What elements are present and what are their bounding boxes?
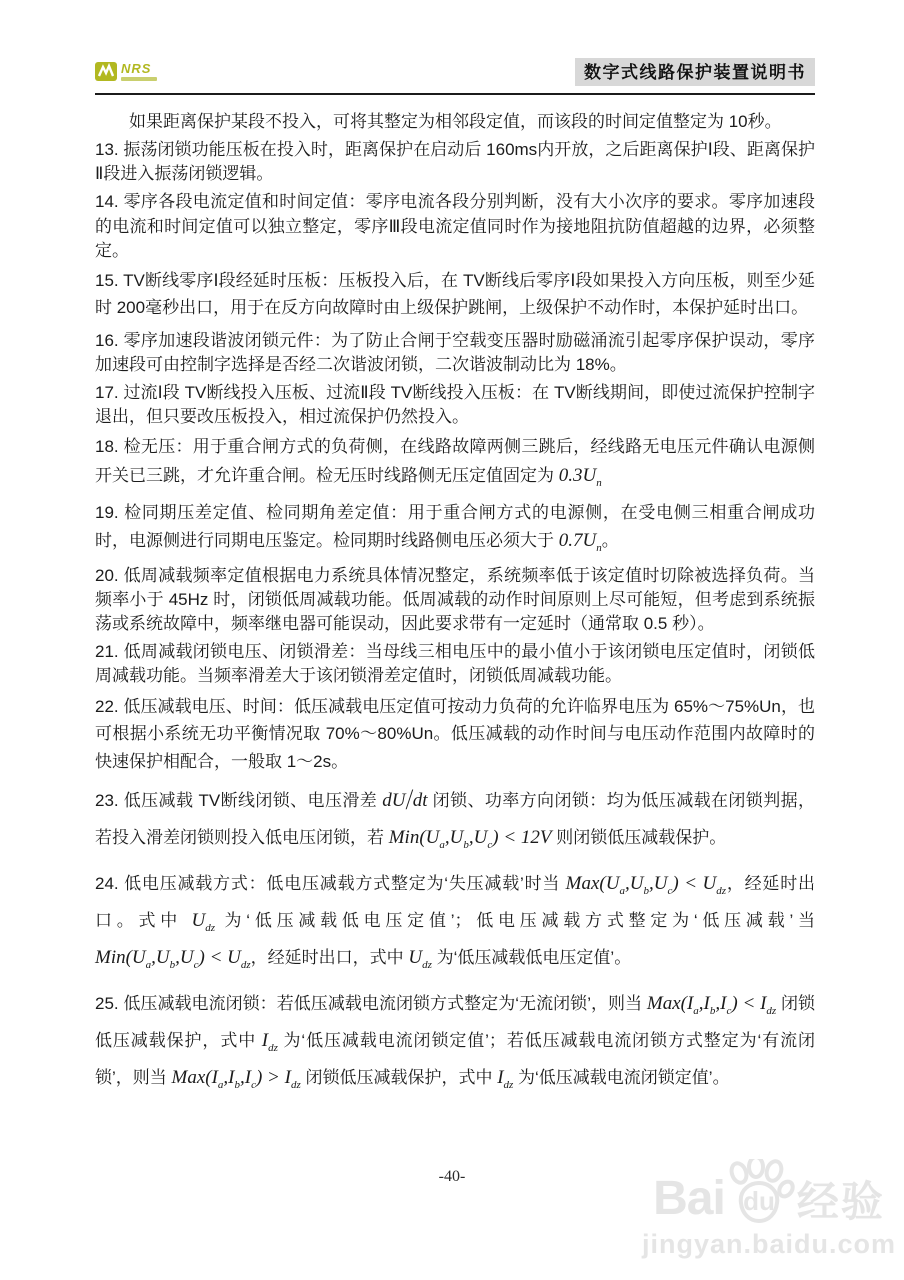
paragraph-text: 。 (602, 531, 619, 550)
inline-formula: 0.3Un (559, 465, 602, 486)
inline-formula: Idz (262, 1030, 278, 1051)
document-page: NRS 数字式线路保护装置说明书 如果距离保护某段不投入，可将其整定为相邻段定值… (0, 0, 904, 1280)
paragraph: 22. 低压减载电压、时间：低压减载电压定值可按动力负荷的允许临界电压为 65%… (95, 693, 815, 776)
inline-formula: Max(Ia,Ib,Ic) > Idz (172, 1067, 301, 1088)
inline-formula: 0.7Un (559, 530, 602, 551)
paragraph: 18. 检无压：用于重合闸方式的负荷侧，在线路故障两侧三跳后，经线路无电压元件确… (95, 433, 815, 491)
watermark-suffix: 经验 (797, 1181, 885, 1223)
paragraph-text: 为‘低压减载低电压定值’。 (432, 948, 631, 967)
document-body: 如果距离保护某段不投入，可将其整定为相邻段定值，而该段的时间定值整定为 10秒。… (95, 110, 815, 1106)
paragraph: 19. 检同期压差定值、检同期角差定值：用于重合闸方式的电源侧，在受电侧三相重合… (95, 499, 815, 557)
paragraph-text: 13. 振荡闭锁功能压板在投入时，距离保护在启动后 160ms内开放，之后距离保… (95, 140, 815, 183)
paragraph-text: 21. 低周减载闭锁电压、闭锁滑差：当母线三相电压中的最小值小于该闭锁电压定值时… (95, 642, 815, 685)
inline-formula: Min(Ua,Ub,Uc) < Udz (95, 947, 251, 968)
paragraph-text: 为‘低压减载低电压定值’；低电压减载方式整定为‘低压减载’当 (215, 911, 815, 930)
paragraph-text: 15. TV断线零序Ⅰ段经延时压板：压板投入后，在 TV断线后零序Ⅰ段如果投入方… (95, 271, 815, 318)
paragraph: 20. 低周减载频率定值根据电力系统具体情况整定，系统频率低于该定值时切除被选择… (95, 564, 815, 636)
paragraph-text: 17. 过流Ⅰ段 TV断线投入压板、过流Ⅱ段 TV断线投入压板：在 TV断线期间… (95, 383, 815, 426)
paragraph-text: 23. 低压减载 TV断线闭锁、电压滑差 (95, 791, 382, 810)
inline-formula: Min(Ua,Ub,Uc) < 12V (389, 827, 552, 848)
page-header: NRS 数字式线路保护装置说明书 (95, 58, 815, 86)
paragraph-text: 25. 低压减载电流闭锁：若低压减载电流闭锁方式整定为‘无流闭锁’，则当 (95, 994, 647, 1013)
paragraph-text: 16. 零序加速段谐波闭锁元件：为了防止合闸于空载变压器时励磁涌流引起零序保护误… (95, 331, 815, 374)
paragraph-text: 24. 低电压减载方式：低电压减载方式整定为‘失压减载’时当 (95, 874, 566, 893)
paragraph-text: 22. 低压减载电压、时间：低压减载电压定值可按动力负荷的允许临界电压为 65%… (95, 697, 815, 771)
inline-formula: Max(Ia,Ib,Ic) < Idz (647, 993, 776, 1014)
paw-icon: du (721, 1159, 795, 1225)
watermark-brand-left: Bai (653, 1175, 725, 1223)
paragraph-text: 14. 零序各段电流定值和时间定值：零序电流各段分别判断，没有大小次序的要求。零… (95, 192, 815, 259)
paragraph-text: 如果距离保护某段不投入，可将其整定为相邻段定值，而该段的时间定值整定为 10秒。 (129, 112, 782, 131)
paragraph-text: ，经延时出口，式中 (251, 948, 409, 967)
paragraph: 23. 低压减载 TV断线闭锁、电压滑差 dU/dt 闭锁、功率方向闭锁：均为低… (95, 782, 815, 856)
inline-formula: Idz (497, 1067, 513, 1088)
watermark-brand-right-du: du (743, 1186, 775, 1216)
inline-formula: Max(Ua,Ub,Uc) < Udz (566, 873, 726, 894)
header-rule (95, 93, 815, 95)
paragraph: 如果距离保护某段不投入，可将其整定为相邻段定值，而该段的时间定值整定为 10秒。 (95, 110, 815, 134)
paragraph: 15. TV断线零序Ⅰ段经延时压板：压板投入后，在 TV断线后零序Ⅰ段如果投入方… (95, 267, 815, 322)
baidu-watermark: Bai du 经验 jingyan.baidu.com (642, 1159, 896, 1260)
paragraph: 24. 低电压减载方式：低电压减载方式整定为‘失压减载’时当 Max(Ua,Ub… (95, 865, 815, 976)
paragraph-text: 19. 检同期压差定值、检同期角差定值：用于重合闸方式的电源侧，在受电侧三相重合… (95, 503, 815, 551)
paragraph-list: 如果距离保护某段不投入，可将其整定为相邻段定值，而该段的时间定值整定为 10秒。… (95, 110, 815, 1097)
brand-logo-text: NRS (121, 62, 157, 75)
brand-logo-icon (95, 62, 117, 81)
paragraph: 13. 振荡闭锁功能压板在投入时，距离保护在启动后 160ms内开放，之后距离保… (95, 138, 815, 186)
paragraph-text: 18. 检无压：用于重合闸方式的负荷侧，在线路故障两侧三跳后，经线路无电压元件确… (95, 437, 815, 485)
inline-formula: Udz (408, 947, 432, 968)
paragraph: 14. 零序各段电流定值和时间定值：零序电流各段分别判断，没有大小次序的要求。零… (95, 190, 815, 262)
brand-logo-subtext-bar (121, 77, 157, 81)
paragraph-text: 20. 低周减载频率定值根据电力系统具体情况整定，系统频率低于该定值时切除被选择… (95, 566, 815, 633)
paragraph-text: 则闭锁低压减载保护。 (552, 828, 727, 847)
paragraph: 21. 低周减载闭锁电压、闭锁滑差：当母线三相电压中的最小值小于该闭锁电压定值时… (95, 640, 815, 688)
document-title: 数字式线路保护装置说明书 (575, 58, 815, 86)
paragraph-text: 为‘低压减载电流闭锁定值’。 (513, 1068, 729, 1087)
brand-logo: NRS (95, 62, 157, 86)
inline-formula: dU/dt (382, 790, 427, 811)
paragraph-text: 闭锁低压减载保护，式中 (301, 1068, 497, 1087)
paragraph: 17. 过流Ⅰ段 TV断线投入压板、过流Ⅱ段 TV断线投入压板：在 TV断线期间… (95, 381, 815, 429)
watermark-url: jingyan.baidu.com (642, 1229, 896, 1260)
inline-formula: Udz (192, 910, 216, 931)
paragraph: 25. 低压减载电流闭锁：若低压减载电流闭锁方式整定为‘无流闭锁’，则当 Max… (95, 985, 815, 1096)
paragraph: 16. 零序加速段谐波闭锁元件：为了防止合闸于空载变压器时励磁涌流引起零序保护误… (95, 329, 815, 377)
